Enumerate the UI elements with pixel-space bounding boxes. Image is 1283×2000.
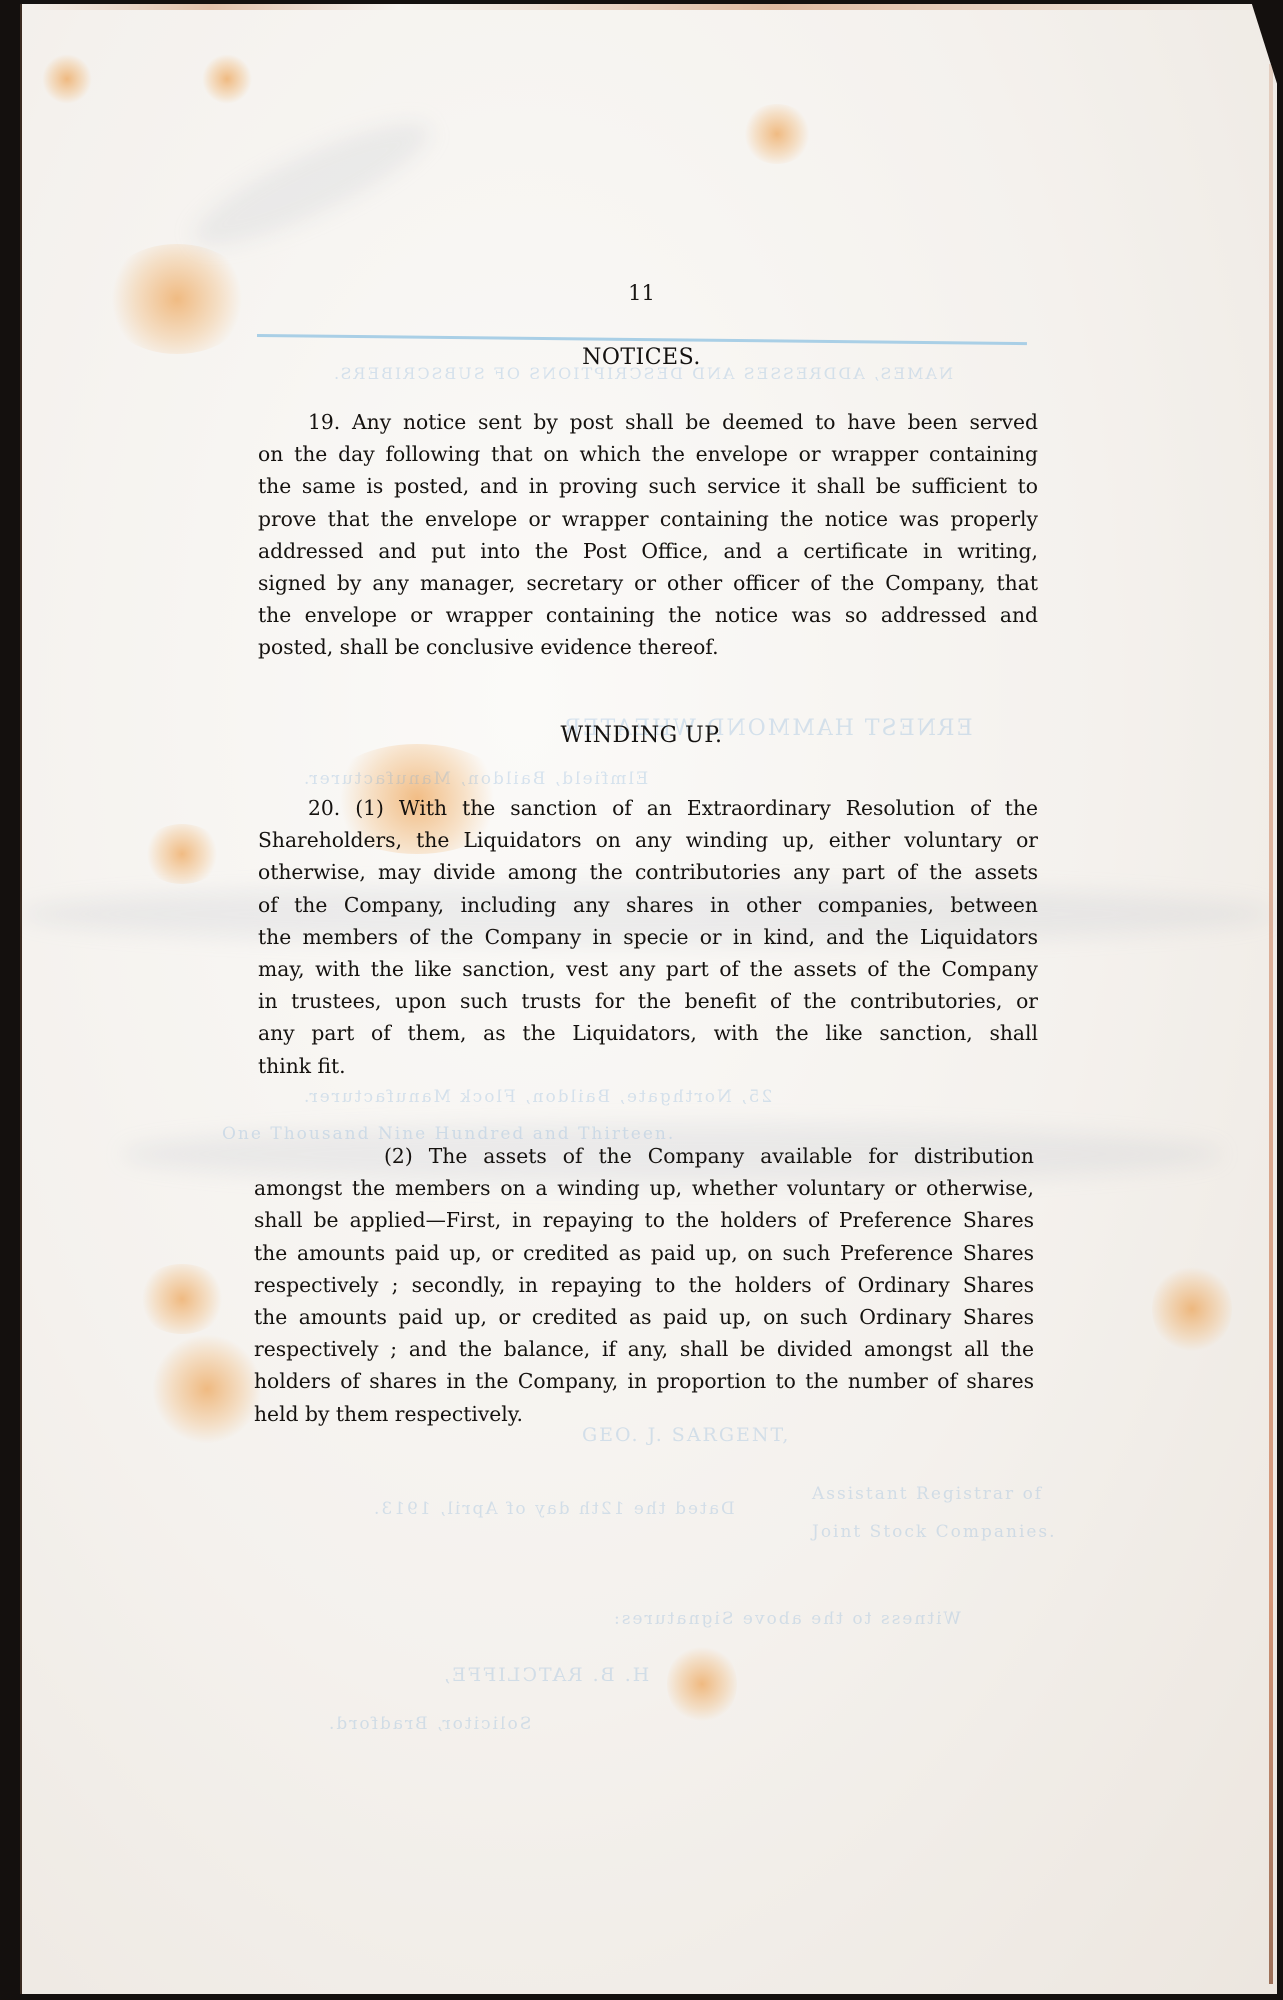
text-line: otherwise, may divide among the contribu… [258,856,1038,888]
clause-20-1: 20. (1) With the sanction of an Extraord… [258,792,1038,1082]
foxing-stain [1152,1264,1232,1354]
text-line: of the Company, including any shares in … [258,889,1038,921]
text-line: signed by any manager, secretary or othe… [258,567,1038,599]
foxing-stain [42,54,92,104]
text-line: posted, shall be conclusive evidence the… [258,631,1038,663]
text-line: the same is posted, and in proving such … [258,470,1038,502]
text-line: holders of shares in the Company, in pro… [254,1365,1034,1397]
bleed-through-text: Solicitor, Bradford. [327,1714,531,1734]
foxing-stain [667,1644,737,1724]
foxing-stain [742,104,812,164]
clause-20-2: (2) The assets of the Company available … [254,1140,1034,1430]
paper-crease [182,102,443,266]
text-line: the envelope or wrapper containing the n… [258,599,1038,631]
text-line: 20. (1) With the sanction of an Extraord… [258,792,1038,824]
foxing-stain [152,1334,262,1444]
bleed-through-text: Elmfield, Baildon, Manufacturer. [302,769,648,789]
bleed-through-text: Joint Stock Companies. [812,1522,1057,1542]
text-line: 19. Any notice sent by post shall be dee… [258,406,1038,438]
bleed-through-text: Witness to the above Signatures: [612,1609,961,1629]
bleed-through-text: Assistant Registrar of [812,1484,1043,1504]
text-line: may, with the like sanction, vest any pa… [258,953,1038,985]
text-line: (2) The assets of the Company available … [254,1140,1034,1172]
text-line: the amounts paid up, or credited as paid… [254,1237,1034,1269]
text-line: think fit. [258,1050,1038,1082]
clause-19: 19. Any notice sent by post shall be dee… [258,406,1038,664]
section-heading-notices: NOTICES. [0,345,1283,370]
page-number: 11 [0,281,1283,305]
text-line: the amounts paid up, or credited as paid… [254,1301,1034,1333]
text-line: amongst the members on a winding up, whe… [254,1172,1034,1204]
foxing-stain [202,54,252,104]
text-line: any part of them, as the Liquidators, wi… [258,1017,1038,1049]
text-line: respectively ; secondly, in repaying to … [254,1269,1034,1301]
bleed-through-text: H. B. RATCLIFFE, [442,1664,649,1686]
foxing-stain [142,824,222,884]
text-line: respectively ; and the balance, if any, … [254,1333,1034,1365]
section-heading-winding-up: WINDING UP. [0,723,1283,748]
text-line: the members of the Company in specie or … [258,921,1038,953]
text-line: shall be applied—First, in repaying to t… [254,1204,1034,1236]
text-line: in trustees, upon such trusts for the be… [258,985,1038,1017]
bleed-through-text: Dated the 12th day of April, 1913. [372,1499,735,1519]
text-line: held by them respectively. [254,1398,1034,1430]
text-line: on the day following that on which the e… [258,438,1038,470]
bleed-through-text: 25, Northgate, Baildon, Flock Manufactur… [302,1087,772,1107]
foxing-stain [137,1264,227,1334]
paper-edge-stain [22,4,1277,10]
text-line: prove that the envelope or wrapper conta… [258,503,1038,535]
text-line: addressed and put into the Post Office, … [258,535,1038,567]
text-line: Shareholders, the Liquidators on any win… [258,824,1038,856]
